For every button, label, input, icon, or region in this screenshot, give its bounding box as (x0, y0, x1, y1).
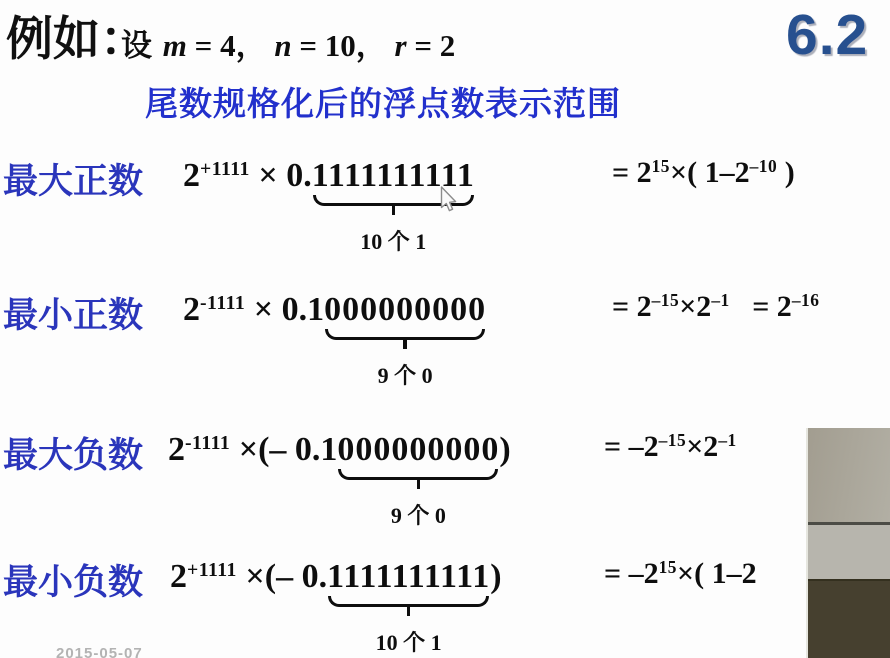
base: 2 (183, 157, 200, 194)
parameter-setup: 设 m = 4， n = 10， r = 2 (121, 20, 455, 65)
result-sup: 15 (652, 156, 670, 176)
exponent: +1111 (187, 559, 237, 581)
mantissa-suffix: ) (490, 558, 501, 595)
var-n: n (274, 28, 291, 63)
mantissa-prefix: 0.1 (286, 431, 337, 468)
mantissa-group: 0000000009 个 0 (337, 428, 499, 472)
result-part: ×( 1–2 (677, 557, 757, 590)
exponent: -1111 (200, 292, 245, 314)
slide-date: 2015-05-07 (56, 645, 143, 658)
setup-intro: 设 (121, 28, 163, 64)
base: 2 (183, 291, 200, 328)
times-sign: ×(– (237, 558, 293, 595)
photo-dark-area (808, 579, 890, 658)
lecture-slide: 例如： 设 m = 4， n = 10， r = 2 6.2 尾数规格化后的浮点… (0, 0, 890, 658)
mantissa-prefix: 0.1 (282, 291, 325, 328)
mantissa-digits: 1111111111 (327, 558, 490, 595)
result-part: ×2 (686, 430, 718, 463)
mantissa-prefix: 0. (286, 157, 312, 194)
base: 2 (168, 431, 185, 468)
var-r: r (395, 28, 407, 63)
result-part: = 2 (730, 290, 792, 323)
formula: 2+1111 × 0.111111111110 个 1 (183, 154, 475, 202)
row-min-positive: 最小正数 2-1111 × 0.10000000009 个 0 = 2–15×2… (0, 288, 890, 398)
result-sup: –1 (718, 430, 736, 450)
result-sup: –10 (750, 156, 778, 176)
base: 2 (170, 558, 187, 595)
times-sign: × (245, 291, 281, 328)
value-n: = 10， (292, 28, 395, 63)
value-r: = 2 (407, 28, 456, 63)
result-expression: = –2–15×2–1 (604, 430, 737, 464)
result-part: = 2 (612, 290, 652, 323)
result-expression: = 215×( 1–2–10 ) (612, 156, 795, 190)
mouse-cursor-icon (440, 186, 458, 213)
row-max-negative: 最大负数 2-1111 ×(– 0.10000000009 个 0) = –2–… (0, 428, 890, 538)
section-number: 6.2 (786, 2, 868, 68)
mantissa-digits: 000000000 (324, 291, 486, 328)
row-label: 最小负数 (3, 555, 143, 605)
row-label: 最小正数 (3, 288, 143, 338)
digit-count-label: 9 个 0 (378, 354, 433, 398)
result-expression: = –215×( 1–2 (604, 557, 757, 591)
times-sign: × (250, 157, 286, 194)
mantissa-group: 0000000009 个 0 (324, 288, 486, 332)
result-part: = –2 (604, 557, 659, 590)
result-part: ) (777, 156, 795, 189)
mantissa-digits: 000000000 (337, 431, 499, 468)
result-sup: –15 (652, 290, 680, 310)
underbrace (325, 329, 485, 342)
underbrace (338, 469, 498, 482)
result-sup: 15 (659, 557, 677, 577)
digit-count-label: 9 个 0 (391, 494, 446, 538)
row-label: 最大正数 (3, 154, 143, 204)
classroom-photo (806, 428, 890, 658)
result-part: = 2 (612, 156, 652, 189)
digit-count-label: 10 个 1 (360, 220, 426, 264)
result-sup: –1 (711, 290, 729, 310)
mantissa-group: 111111111110 个 1 (327, 555, 490, 599)
exponent: -1111 (185, 432, 230, 454)
row-min-negative: 最小负数 2+1111 ×(– 0.111111111110 个 1) = –2… (0, 555, 890, 658)
exponent: +1111 (200, 158, 250, 180)
mantissa-suffix: ) (499, 431, 510, 468)
digit-count-label: 10 个 1 (376, 621, 442, 658)
var-m: m (163, 28, 187, 63)
photo-wall-upper (808, 428, 890, 522)
formula: 2+1111 ×(– 0.111111111110 个 1) (170, 555, 502, 603)
formula: 2-1111 × 0.10000000009 个 0 (183, 288, 486, 336)
result-part: ×( 1–2 (670, 156, 750, 189)
result-sup: –15 (659, 430, 687, 450)
slide-subtitle: 尾数规格化后的浮点数表示范围 (145, 78, 621, 125)
row-label: 最大负数 (3, 428, 143, 478)
formula: 2-1111 ×(– 0.10000000009 个 0) (168, 428, 511, 476)
result-part: = –2 (604, 430, 659, 463)
result-sup: –16 (792, 290, 820, 310)
photo-wall-lower (808, 525, 890, 579)
underbrace (328, 596, 489, 609)
result-part: ×2 (679, 290, 711, 323)
result-expression: = 2–15×2–1 = 2–16 (612, 290, 819, 324)
mantissa-prefix: 0. (293, 558, 327, 595)
times-sign: ×(– (230, 431, 286, 468)
value-m: = 4， (187, 28, 274, 63)
